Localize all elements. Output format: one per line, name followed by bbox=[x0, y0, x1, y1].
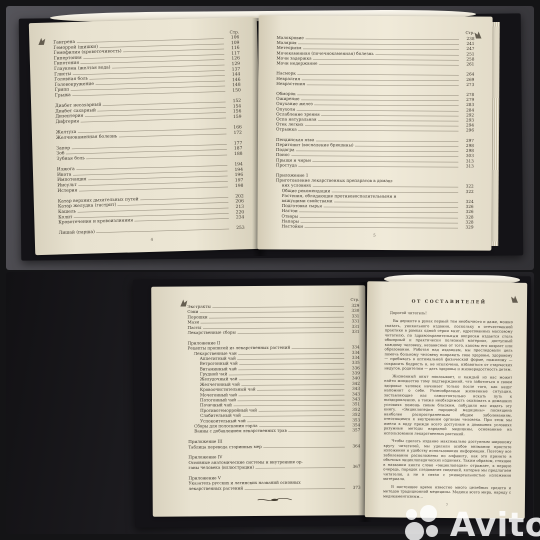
listing-image: Стр. Гангрена 106 Геморрой (шишки) bbox=[0, 0, 540, 540]
toc-entry-label: Мочи недержание bbox=[276, 60, 317, 65]
page-number: 5 bbox=[275, 233, 473, 239]
book-photo-top: Стр. Гангрена 106 Геморрой (шишки) bbox=[6, 6, 534, 270]
foreword-content: ОТ СОСТАВИТЕЛЕЙ Дорогой читатель! Вы дер… bbox=[383, 299, 513, 508]
toc-entry-label: Настойки bbox=[281, 223, 303, 228]
toc-entry-page: 198 bbox=[229, 183, 243, 188]
toc-entry-page: 188 bbox=[228, 151, 242, 156]
foreword-title: ОТ СОСТАВИТЕЛЕЙ bbox=[385, 299, 513, 305]
leader-line bbox=[245, 488, 346, 489]
toc-row: Настойки 329 bbox=[275, 223, 473, 229]
watermark-brand-text: Avito bbox=[450, 508, 540, 540]
foreword-paragraph: Жизненный опыт показывает, и каждый из н… bbox=[384, 374, 513, 437]
toc-entry-label: Лишай (парша) bbox=[59, 230, 95, 236]
toc-list: Гангрена 106 Геморрой (шишки) 109 Гемофи bbox=[53, 35, 244, 236]
foreword-page: ОТ СОСТАВИТЕЛЕЙ Дорогой читатель! Вы дер… bbox=[365, 281, 527, 519]
toc-entry-page: 172 bbox=[228, 130, 242, 135]
tailpiece-flourish-icon bbox=[189, 497, 361, 504]
toc-entry-label: ганы человека (иллюстрации) bbox=[188, 465, 254, 470]
toc-page-left-bottom: Стр. Экстракты 329 Соки 330 bbox=[151, 285, 367, 516]
toc-entry-label: Зубная боль bbox=[57, 156, 85, 162]
toc-content: Стр. Малокровие 238 Малярия 241 bbox=[275, 29, 474, 238]
toc-entry-page: 261 bbox=[460, 61, 474, 66]
toc-entry-label: Лекарственные сборы bbox=[188, 330, 236, 335]
toc-list: Экстракты 329 Соки 330 Порошки bbox=[187, 303, 360, 491]
toc-entry-page: 273 bbox=[460, 82, 474, 87]
foreword-paragraph: Вы держите в руках первый том необычного… bbox=[384, 318, 513, 372]
page-ornament-icon bbox=[37, 31, 47, 50]
foreword-salutation: Дорогой читатель! bbox=[390, 310, 513, 316]
toc-entry-label: Отрыжка bbox=[276, 127, 297, 132]
toc-entry-label: Простуда bbox=[276, 162, 297, 167]
leader-line bbox=[305, 227, 458, 228]
toc-entry-label: Ванны с добавлением лекарственных трав bbox=[194, 428, 287, 434]
toc-entry-page: 322 bbox=[460, 189, 474, 194]
toc-entry-label: Истерия bbox=[57, 188, 77, 194]
toc-entry-page: 313 bbox=[460, 163, 474, 168]
toc-page-right-top: Стр. Малокровие 238 Малярия 241 bbox=[257, 15, 492, 250]
avito-watermark: Avito bbox=[405, 505, 540, 540]
toc-list: Малокровие 238 Малярия 241 Метеоризм bbox=[275, 35, 474, 230]
toc-entry-page: 329 bbox=[459, 224, 473, 229]
toc-entry-label: Неврастения bbox=[276, 81, 305, 86]
foreword-paragraph: В настоящее время известно много целебны… bbox=[383, 484, 511, 500]
toc-entry-label: лекарственных растений bbox=[189, 485, 244, 490]
page-number: 4 bbox=[59, 235, 245, 245]
avito-logo-icon bbox=[405, 505, 443, 540]
toc-entry-page: 253 bbox=[231, 225, 245, 230]
toc-row: лекарственных растений 373 bbox=[189, 485, 361, 491]
toc-entry-label: Грыжа bbox=[55, 93, 71, 98]
toc-page-left-top: Стр. Гангрена 106 Геморрой (шишки) bbox=[29, 17, 263, 255]
toc-entry-label: Дифтерия bbox=[56, 119, 80, 125]
toc-content: Стр. Гангрена 106 Геморрой (шишки) bbox=[53, 29, 245, 244]
foreword-paragraph: Чтобы сделать издание максимально доступ… bbox=[383, 438, 511, 482]
toc-entry-label: Таблица перевода старинных мер bbox=[188, 444, 262, 450]
book-photo-bottom: Стр. Экстракты 329 Соки 330 bbox=[6, 272, 534, 534]
foreword-paragraphs: Вы держите в руках первый том необычного… bbox=[383, 318, 513, 499]
leader-line bbox=[96, 229, 229, 233]
toc-content: Стр. Экстракты 329 Соки 330 bbox=[187, 297, 360, 504]
leader-line bbox=[292, 348, 344, 349]
toc-entry-page: 150 bbox=[227, 88, 241, 93]
toc-entry-page: 296 bbox=[460, 128, 474, 133]
toc-entry-page: 234 bbox=[230, 215, 244, 220]
toc-entry-page: 159 bbox=[227, 114, 241, 119]
page-ornament-icon bbox=[473, 25, 482, 44]
